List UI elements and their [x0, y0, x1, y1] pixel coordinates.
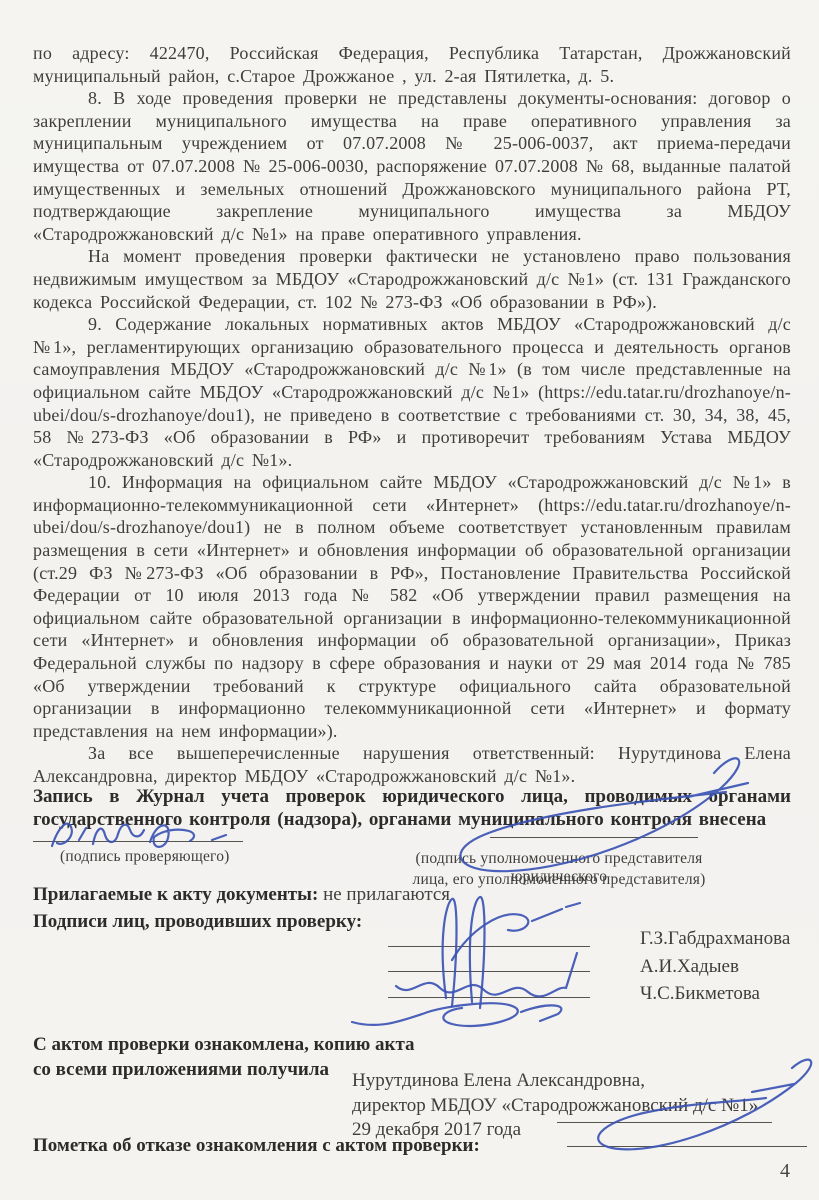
paragraph-item-8: 8. В ходе проведения проверки не предста…	[33, 87, 791, 245]
inspector-signature-line	[33, 841, 243, 842]
attachments-label: Прилагаемые к акту документы:	[33, 884, 318, 905]
scan-artifact-top	[0, 0, 819, 42]
refusal-note-label: Пометка об отказе ознакомления с актом п…	[33, 1135, 480, 1157]
inspector-name-3: Ч.С.Бикметова	[640, 980, 790, 1008]
acknowledgment-line-1: С актом проверки ознакомлена, копию акта	[33, 1034, 415, 1056]
inspector-names: Г.З.Габдрахманова А.И.Хадыев Ч.С.Бикмето…	[640, 925, 790, 1008]
paragraph-item-9: 9. Содержание локальных нормативных акто…	[33, 313, 791, 471]
inspectors-heading: Подписи лиц, проводивших проверку:	[33, 911, 362, 933]
act-body-text: по адресу: 422470, Российская Федерация,…	[33, 42, 791, 788]
document-page: по адресу: 422470, Российская Федерация,…	[0, 0, 819, 1200]
acknowledgment-signature-line-1	[557, 1122, 772, 1123]
inspector-1-signature-line	[388, 946, 590, 947]
inspector-name-1: Г.З.Габдрахманова	[640, 925, 790, 953]
representative-signature-line	[490, 837, 698, 838]
inspector-2-signature-line	[388, 971, 590, 972]
page-number: 4	[780, 1160, 790, 1183]
paragraph-responsible: За все вышеперечисленные нарушения ответ…	[33, 742, 791, 787]
inspectors-signatures	[352, 897, 580, 1026]
attachments-value: не прилагаются	[323, 884, 450, 905]
acknowledgment-line-2: со всеми приложениями получила	[33, 1059, 329, 1081]
journal-entry-clause: Запись в Журнал учета проверок юридическ…	[33, 786, 791, 831]
inspector-signature-caption: (подпись проверяющего)	[60, 848, 230, 866]
acknowledgment-name: Нурутдинова Елена Александровна,	[352, 1069, 758, 1094]
acknowledgment-details: Нурутдинова Елена Александровна, директо…	[352, 1069, 758, 1143]
paragraph-item-10: 10. Информация на официальном сайте МБДО…	[33, 471, 791, 742]
acknowledgment-signature-line-2	[567, 1146, 807, 1147]
paragraph-item-8-note: На момент проведения проверки фактически…	[33, 245, 791, 313]
attachments-line: Прилагаемые к акту документы: не прилага…	[33, 884, 450, 906]
inspector-name-2: А.И.Хадыев	[640, 953, 790, 981]
acknowledgment-title: директор МБДОУ «Стародрожжановский д/с №…	[352, 1094, 758, 1119]
paragraph-address: по адресу: 422470, Российская Федерация,…	[33, 42, 791, 87]
inspector-3-signature-line	[388, 997, 590, 998]
